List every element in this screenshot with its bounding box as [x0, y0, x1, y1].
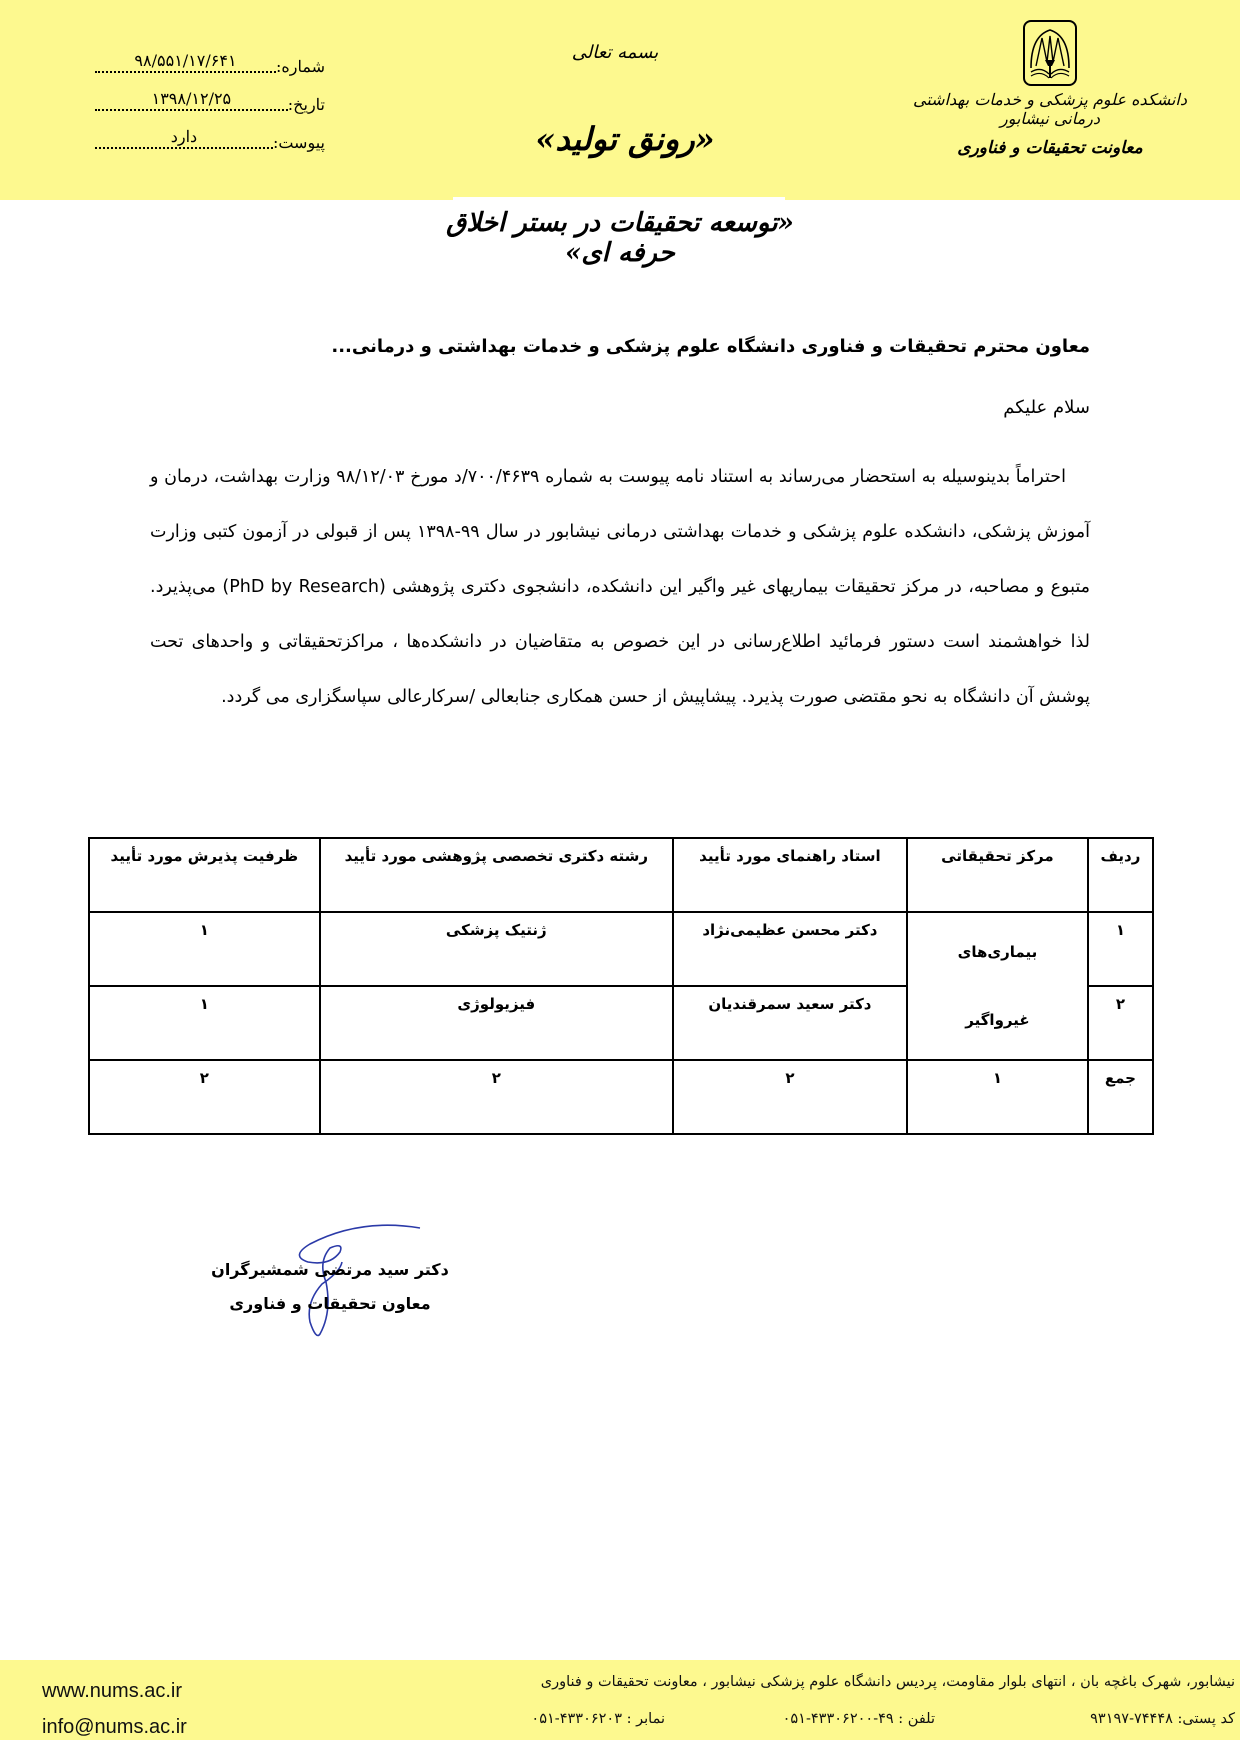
footer-postal-code: کد پستی: ۷۴۴۴۸-۹۳۱۹۷ — [935, 1711, 1235, 1727]
footer-website-link[interactable]: www.nums.ac.ir — [42, 1673, 187, 1709]
motto-cutout — [453, 197, 785, 207]
row-capacity: ۱ — [89, 912, 320, 986]
row-capacity: ۱ — [89, 986, 320, 1060]
footer-phone: تلفن : ۴۹-۴۳۳۰۶۲۰۰-۰۵۱ — [665, 1711, 935, 1727]
row-index: ۲ — [1088, 986, 1153, 1060]
total-capacity: ۲ — [89, 1060, 320, 1134]
research-center-line1: بیماری‌های — [912, 918, 1083, 986]
university-emblem-icon — [1023, 20, 1077, 86]
signatory-title: معاون تحقیقات و فناوری — [200, 1287, 460, 1321]
reference-number-line: شماره: ۹۸/۵۵۱/۱۷/۶۴۱ — [95, 38, 325, 76]
year-slogan: «رونق تولید» — [510, 120, 740, 158]
row-advisor: دکتر محسن عظیمی‌نژاد — [673, 912, 907, 986]
table-total-row: جمع ۱ ۲ ۲ ۲ — [89, 1060, 1153, 1134]
header-field: رشته دکتری تخصصی پژوهشی مورد تأیید — [320, 838, 673, 912]
header-capacity: ظرفیت پذیرش مورد تأیید — [89, 838, 320, 912]
reference-attachment-label: پیوست: — [273, 133, 325, 152]
row-index: ۱ — [1088, 912, 1153, 986]
motto: «توسعه تحقیقات در بستر اخلاق حرفه ای» — [440, 208, 800, 268]
letter-body-paragraph: احتراماً بدینوسیله به استحضار می‌رساند ب… — [150, 450, 1090, 725]
footer-fax: نمابر : ۴۳۳۰۶۲۰۳-۰۵۱ — [385, 1711, 665, 1727]
reference-attachment-line: پیوست: دارد — [95, 114, 325, 152]
header-advisor: استاد راهنمای مورد تأیید — [673, 838, 907, 912]
reference-number-value: ۹۸/۵۵۱/۱۷/۶۴۱ — [95, 51, 276, 73]
total-fields: ۲ — [320, 1060, 673, 1134]
table-header-row: ردیف مرکز تحقیقاتی استاد راهنمای مورد تأ… — [89, 838, 1153, 912]
department-name: معاونت تحقیقات و فناوری — [900, 138, 1200, 158]
greeting: سلام علیکم — [1003, 397, 1090, 418]
total-centers: ۱ — [907, 1060, 1088, 1134]
signatory-name: دکتر سید مرتضی شمشیرگران — [200, 1253, 460, 1287]
bismillah: بسمه تعالی — [560, 42, 670, 63]
addressee: معاون محترم تحقیقات و فناوری دانشگاه علو… — [331, 336, 1090, 357]
total-advisors: ۲ — [673, 1060, 907, 1134]
research-center-line2: غیرواگیر — [912, 986, 1083, 1054]
research-center-cell: بیماری‌های غیرواگیر — [907, 912, 1088, 1060]
reference-date-value: ۱۳۹۸/۱۲/۲۵ — [95, 89, 288, 111]
table-row: ۱ بیماری‌های غیرواگیر دکتر محسن عظیمی‌نژ… — [89, 912, 1153, 986]
letter-body: احتراماً بدینوسیله به استحضار می‌رساند ب… — [150, 450, 1090, 725]
signature-block: دکتر سید مرتضی شمشیرگران معاون تحقیقات و… — [200, 1253, 460, 1321]
university-logo-block: دانشکده علوم پزشکی و خدمات بهداشتی درمان… — [900, 20, 1200, 158]
footer-contacts: کد پستی: ۷۴۴۴۸-۹۳۱۹۷ تلفن : ۴۹-۴۳۳۰۶۲۰۰-… — [375, 1711, 1235, 1727]
footer-address: نیشابور، شهرک باغچه بان ، انتهای بلوار م… — [395, 1674, 1235, 1690]
reference-attachment-value: دارد — [95, 127, 273, 149]
reference-block: شماره: ۹۸/۵۵۱/۱۷/۶۴۱ تاریخ: ۱۳۹۸/۱۲/۲۵ پ… — [95, 38, 325, 152]
row-field: ژنتیک پزشکی — [320, 912, 673, 986]
footer-email-link[interactable]: info@nums.ac.ir — [42, 1709, 187, 1745]
capacity-table: ردیف مرکز تحقیقاتی استاد راهنمای مورد تأ… — [88, 837, 1154, 1135]
header-research-center: مرکز تحقیقاتی — [907, 838, 1088, 912]
reference-date-line: تاریخ: ۱۳۹۸/۱۲/۲۵ — [95, 76, 325, 114]
row-advisor: دکتر سعید سمرقندیان — [673, 986, 907, 1060]
reference-number-label: شماره: — [276, 57, 325, 76]
total-label: جمع — [1088, 1060, 1153, 1134]
footer-web-block: www.nums.ac.ir info@nums.ac.ir — [42, 1673, 187, 1745]
university-name: دانشکده علوم پزشکی و خدمات بهداشتی درمان… — [900, 90, 1200, 128]
row-field: فیزیولوژی — [320, 986, 673, 1060]
header-index: ردیف — [1088, 838, 1153, 912]
reference-date-label: تاریخ: — [288, 95, 325, 114]
